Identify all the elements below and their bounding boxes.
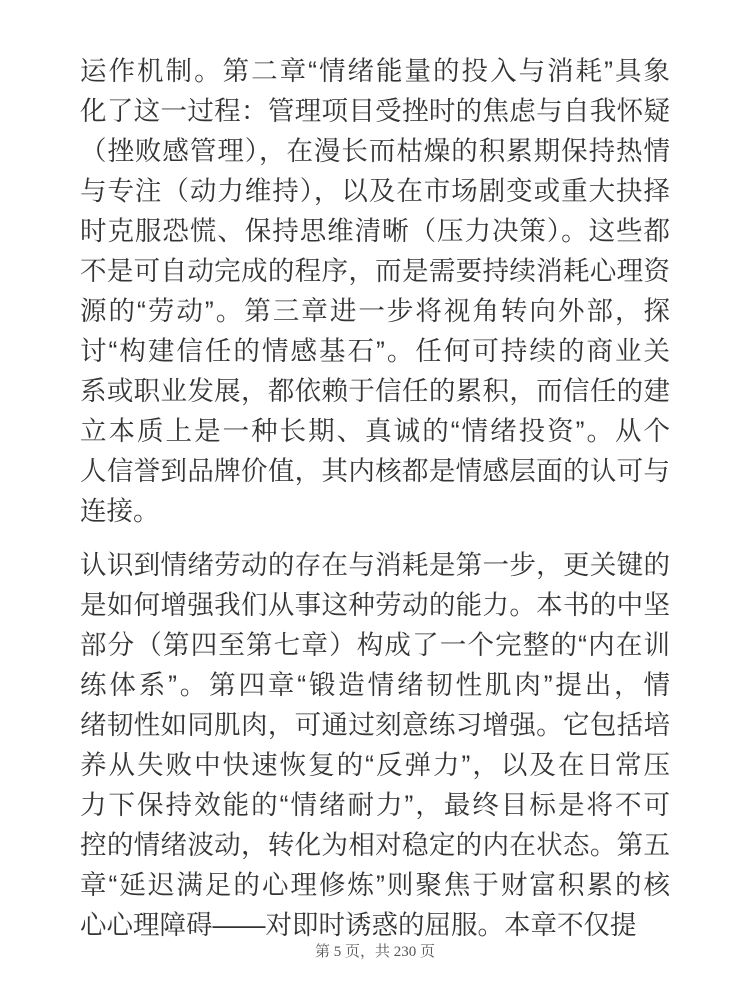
text-line: 立本质上是一种长期、真诚的“情绪投资”。从个 xyxy=(80,411,670,451)
text-line: 养从失败中快速恢复的“反弹力”，以及在日常压 xyxy=(80,745,670,785)
text-line: 章“延迟满足的心理修炼”则聚焦于财富积累的核 xyxy=(80,865,670,905)
text-line: 部分（第四至第七章）构成了一个完整的“内在训 xyxy=(80,625,670,665)
text-line: 不是可自动完成的程序，而是需要持续消耗心理资 xyxy=(80,251,670,291)
text-line: 化了这一过程：管理项目受挫时的焦虑与自我怀疑 xyxy=(80,91,670,131)
page-number-footer: 第 5 页，共 230 页 xyxy=(0,941,750,963)
text-line: 连接。 xyxy=(80,491,670,531)
text-line: 系或职业发展，都依赖于信任的累积，而信任的建 xyxy=(80,371,670,411)
text-line: 人信誉到品牌价值，其内核都是情感层面的认可与 xyxy=(80,451,670,491)
text-line: 心心理障碍——对即时诱惑的屈服。本章不仅提 xyxy=(80,905,670,945)
paragraph: 认识到情绪劳动的存在与消耗是第一步，更关键的是如何增强我们从事这种劳动的能力。本… xyxy=(80,545,670,945)
text-line: 控的情绪波动，转化为相对稳定的内在状态。第五 xyxy=(80,825,670,865)
text-line: 源的“劳动”。第三章进一步将视角转向外部，探 xyxy=(80,291,670,331)
paragraph: 运作机制。第二章“情绪能量的投入与消耗”具象化了这一过程：管理项目受挫时的焦虑与… xyxy=(80,51,670,531)
text-line: 绪韧性如同肌肉，可通过刻意练习增强。它包括培 xyxy=(80,705,670,745)
text-line: 力下保持效能的“情绪耐力”，最终目标是将不可 xyxy=(80,785,670,825)
text-line: （挫败感管理），在漫长而枯燥的积累期保持热情 xyxy=(80,131,670,171)
text-line: 练体系”。第四章“锻造情绪韧性肌肉”提出，情 xyxy=(80,665,670,705)
text-line: 时克服恐慌、保持思维清晰（压力决策）。这些都 xyxy=(80,211,670,251)
text-line: 与专注（动力维持），以及在市场剧变或重大抉择 xyxy=(80,171,670,211)
text-line: 是如何增强我们从事这种劳动的能力。本书的中坚 xyxy=(80,585,670,625)
document-page: 运作机制。第二章“情绪能量的投入与消耗”具象化了这一过程：管理项目受挫时的焦虑与… xyxy=(0,0,750,1000)
text-line: 认识到情绪劳动的存在与消耗是第一步，更关键的 xyxy=(80,545,670,585)
page-body-text: 运作机制。第二章“情绪能量的投入与消耗”具象化了这一过程：管理项目受挫时的焦虑与… xyxy=(80,51,670,945)
text-line: 讨“构建信任的情感基石”。任何可持续的商业关 xyxy=(80,331,670,371)
text-line: 运作机制。第二章“情绪能量的投入与消耗”具象 xyxy=(80,51,670,91)
